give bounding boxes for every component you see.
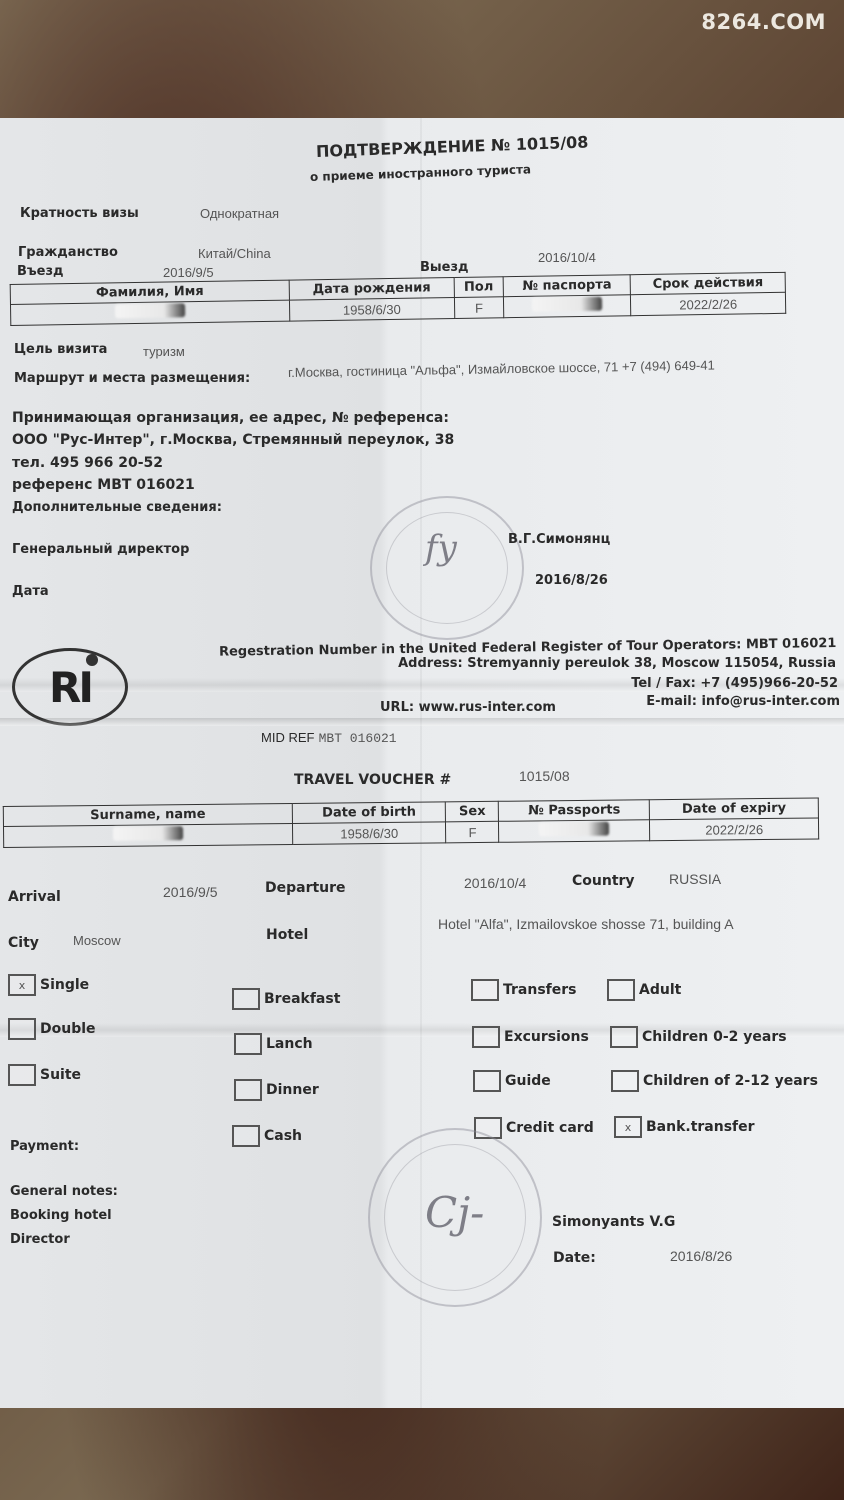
checkbox-label: Double <box>40 1021 96 1037</box>
checkbox-lanch[interactable]: Lanch <box>234 1033 313 1055</box>
checkbox-box[interactable] <box>232 988 260 1010</box>
host-org-line1: ООО "Рус-Интер", г.Москва, Стремянный пе… <box>12 432 454 448</box>
checkbox-box[interactable] <box>610 1026 638 1048</box>
checkbox-label: Credit card <box>506 1120 594 1136</box>
checkbox-box[interactable] <box>8 1018 36 1040</box>
voucher-title: TRAVEL VOUCHER # <box>294 772 451 788</box>
checkbox-label: Suite <box>40 1067 81 1083</box>
checkbox-children-0-2-years[interactable]: Children 0-2 years <box>610 1026 787 1048</box>
cell-dob: 1958/6/30 <box>292 822 446 845</box>
booking-hotel-label: Booking hotel <box>10 1208 112 1223</box>
col-header-expiry: Date of expiry <box>650 798 819 820</box>
checkbox-excursions[interactable]: Excursions <box>472 1026 589 1048</box>
cell-passport <box>504 295 631 318</box>
checkbox-label: Breakfast <box>264 991 340 1007</box>
checkbox-label: Lanch <box>266 1036 313 1052</box>
voucher-number: 1015/08 <box>519 768 570 784</box>
arrival-label: Arrival <box>8 889 61 905</box>
date-label: Дата <box>12 584 49 599</box>
document-page: ПОДТВЕРЖДЕНИЕ № 1015/08 о приеме иностра… <box>0 118 844 1408</box>
visa-multiplicity-label: Кратность визы <box>20 206 139 221</box>
route-label: Маршрут и места размещения: <box>14 371 250 386</box>
mid-ref-label: MID REF <box>261 730 314 745</box>
route-value: г.Москва, гостиница "Альфа", Измайловско… <box>288 358 715 380</box>
checkbox-double[interactable]: Double <box>8 1018 96 1040</box>
redacted-passport <box>532 297 602 312</box>
redacted-name <box>113 826 183 841</box>
additional-info-label: Дополнительные сведения: <box>12 500 222 515</box>
cell-sex: F <box>454 297 504 319</box>
payment-label: Payment: <box>10 1139 79 1154</box>
col-header-sex: Пол <box>454 277 504 298</box>
hotel-label: Hotel <box>266 927 308 943</box>
checkbox-box[interactable] <box>8 1064 36 1086</box>
confirmation-title: ПОДТВЕРЖДЕНИЕ № 1015/08 <box>316 132 589 160</box>
cell-dob: 1958/6/30 <box>289 298 454 322</box>
citizenship-value: Китай/China <box>198 246 271 261</box>
col-header-expiry: Срок действия <box>630 272 785 294</box>
director-name-en: Simonyants V.G <box>552 1214 675 1230</box>
watermark: 8264.COM <box>701 10 826 34</box>
signature-2: Cj- <box>425 1188 484 1237</box>
checkbox-box[interactable]: x <box>8 974 36 996</box>
departure-value: 2016/10/4 <box>464 875 526 891</box>
company-email[interactable]: E-mail: info@rus-inter.com <box>646 694 840 709</box>
checkbox-label: Transfers <box>503 982 577 998</box>
redacted-passport <box>539 822 609 837</box>
checkbox-label: Children of 2-12 years <box>643 1073 818 1089</box>
checkbox-children-of-2-12-years[interactable]: Children of 2-12 years <box>611 1070 818 1092</box>
date-value: 2016/8/26 <box>535 573 608 588</box>
country-label: Country <box>572 873 635 889</box>
departure-label: Departure <box>265 880 346 896</box>
cell-sex: F <box>446 821 499 843</box>
date-label-en: Date: <box>553 1250 596 1266</box>
checkbox-box[interactable] <box>234 1079 262 1101</box>
checkbox-label: Dinner <box>266 1082 319 1098</box>
title-prefix: ПОДТВЕРЖДЕНИЕ № <box>316 135 511 161</box>
checkbox-transfers[interactable]: Transfers <box>471 979 577 1001</box>
checkbox-bank-transfer[interactable]: xBank.transfer <box>614 1116 755 1138</box>
checkbox-label: Children 0-2 years <box>642 1029 787 1045</box>
visa-multiplicity-value: Однократная <box>200 206 279 221</box>
purpose-value: туризм <box>143 344 185 359</box>
mid-ref: MID REF MBT 016021 <box>261 730 397 746</box>
checkbox-breakfast[interactable]: Breakfast <box>232 988 340 1010</box>
entry-value: 2016/9/5 <box>163 265 214 280</box>
director-name: В.Г.Симонянц <box>508 532 610 547</box>
exit-label: Выезд <box>420 260 469 275</box>
entry-label: Въезд <box>17 264 64 279</box>
checkbox-label: Single <box>40 977 89 993</box>
confirmation-number: 1015/08 <box>515 132 588 154</box>
checkbox-single[interactable]: xSingle <box>8 974 89 996</box>
checkbox-box[interactable] <box>471 979 499 1001</box>
logo-text: RI <box>49 663 91 712</box>
voucher-tourist-table: Surname, name Date of birth Sex № Passpo… <box>3 797 819 848</box>
purpose-label: Цель визита <box>14 342 107 357</box>
rus-inter-logo: RI <box>12 648 128 726</box>
director-label: Генеральный директор <box>12 542 189 557</box>
checkbox-label: Guide <box>505 1073 551 1089</box>
cell-surname <box>3 823 292 847</box>
cell-passports <box>499 820 650 843</box>
col-header-passports: № Passports <box>499 800 650 822</box>
col-header-sex: Sex <box>446 801 499 822</box>
checkbox-cash[interactable]: Cash <box>232 1125 302 1147</box>
checkbox-adult[interactable]: Adult <box>607 979 681 1001</box>
redacted-name <box>115 303 185 318</box>
city-label: City <box>8 935 39 951</box>
general-notes-label: General notes: <box>10 1184 118 1199</box>
host-org-label: Принимающая организация, ее адрес, № реф… <box>12 410 449 426</box>
checkbox-box[interactable] <box>473 1070 501 1092</box>
checkbox-label: Bank.transfer <box>646 1119 755 1135</box>
checkbox-box[interactable] <box>232 1125 260 1147</box>
cell-expiry: 2022/2/26 <box>631 292 786 315</box>
arrival-value: 2016/9/5 <box>163 884 218 900</box>
stamp-1 <box>370 496 524 640</box>
company-tel: Tel / Fax: +7 (495)966-20-52 <box>631 676 838 691</box>
checkbox-box[interactable] <box>234 1033 262 1055</box>
signature-1: fy <box>425 528 457 568</box>
exit-value: 2016/10/4 <box>538 250 596 265</box>
checkbox-label: Cash <box>264 1128 302 1144</box>
host-org-phone: тел. 495 966 20-52 <box>12 455 163 471</box>
city-value: Moscow <box>73 933 121 948</box>
checkbox-dinner[interactable]: Dinner <box>234 1079 319 1101</box>
director-label-en: Director <box>10 1232 70 1247</box>
company-url[interactable]: URL: www.rus-inter.com <box>380 700 556 715</box>
mid-ref-value: MBT 016021 <box>319 731 397 746</box>
checkbox-box[interactable] <box>472 1026 500 1048</box>
citizenship-label: Гражданство <box>18 245 118 260</box>
cell-expiry: 2022/2/26 <box>650 818 819 841</box>
date-value-en: 2016/8/26 <box>670 1248 732 1264</box>
company-address: Address: Stremyanniy pereulok 38, Moscow… <box>398 656 836 671</box>
checkbox-suite[interactable]: Suite <box>8 1064 81 1086</box>
confirmation-tourist-table: Фамилия, Имя Дата рождения Пол № паспорт… <box>10 272 787 326</box>
col-header-dob: Дата рождения <box>289 278 454 301</box>
checkbox-guide[interactable]: Guide <box>473 1070 551 1092</box>
logo-dot <box>86 654 98 666</box>
hotel-value: Hotel "Alfa", Izmailovskoe shosse 71, bu… <box>438 916 734 932</box>
checkbox-box[interactable]: x <box>614 1116 642 1138</box>
col-header-passport: № паспорта <box>503 275 630 297</box>
country-value: RUSSIA <box>669 871 721 887</box>
col-header-dob: Date of birth <box>292 802 446 824</box>
checkbox-box[interactable] <box>607 979 635 1001</box>
checkbox-label: Adult <box>639 982 681 998</box>
cell-name <box>10 300 289 325</box>
host-org-reference: референс МВТ 016021 <box>12 477 195 493</box>
checkbox-box[interactable] <box>611 1070 639 1092</box>
checkbox-label: Excursions <box>504 1029 589 1045</box>
paper-fold-line <box>0 718 844 726</box>
